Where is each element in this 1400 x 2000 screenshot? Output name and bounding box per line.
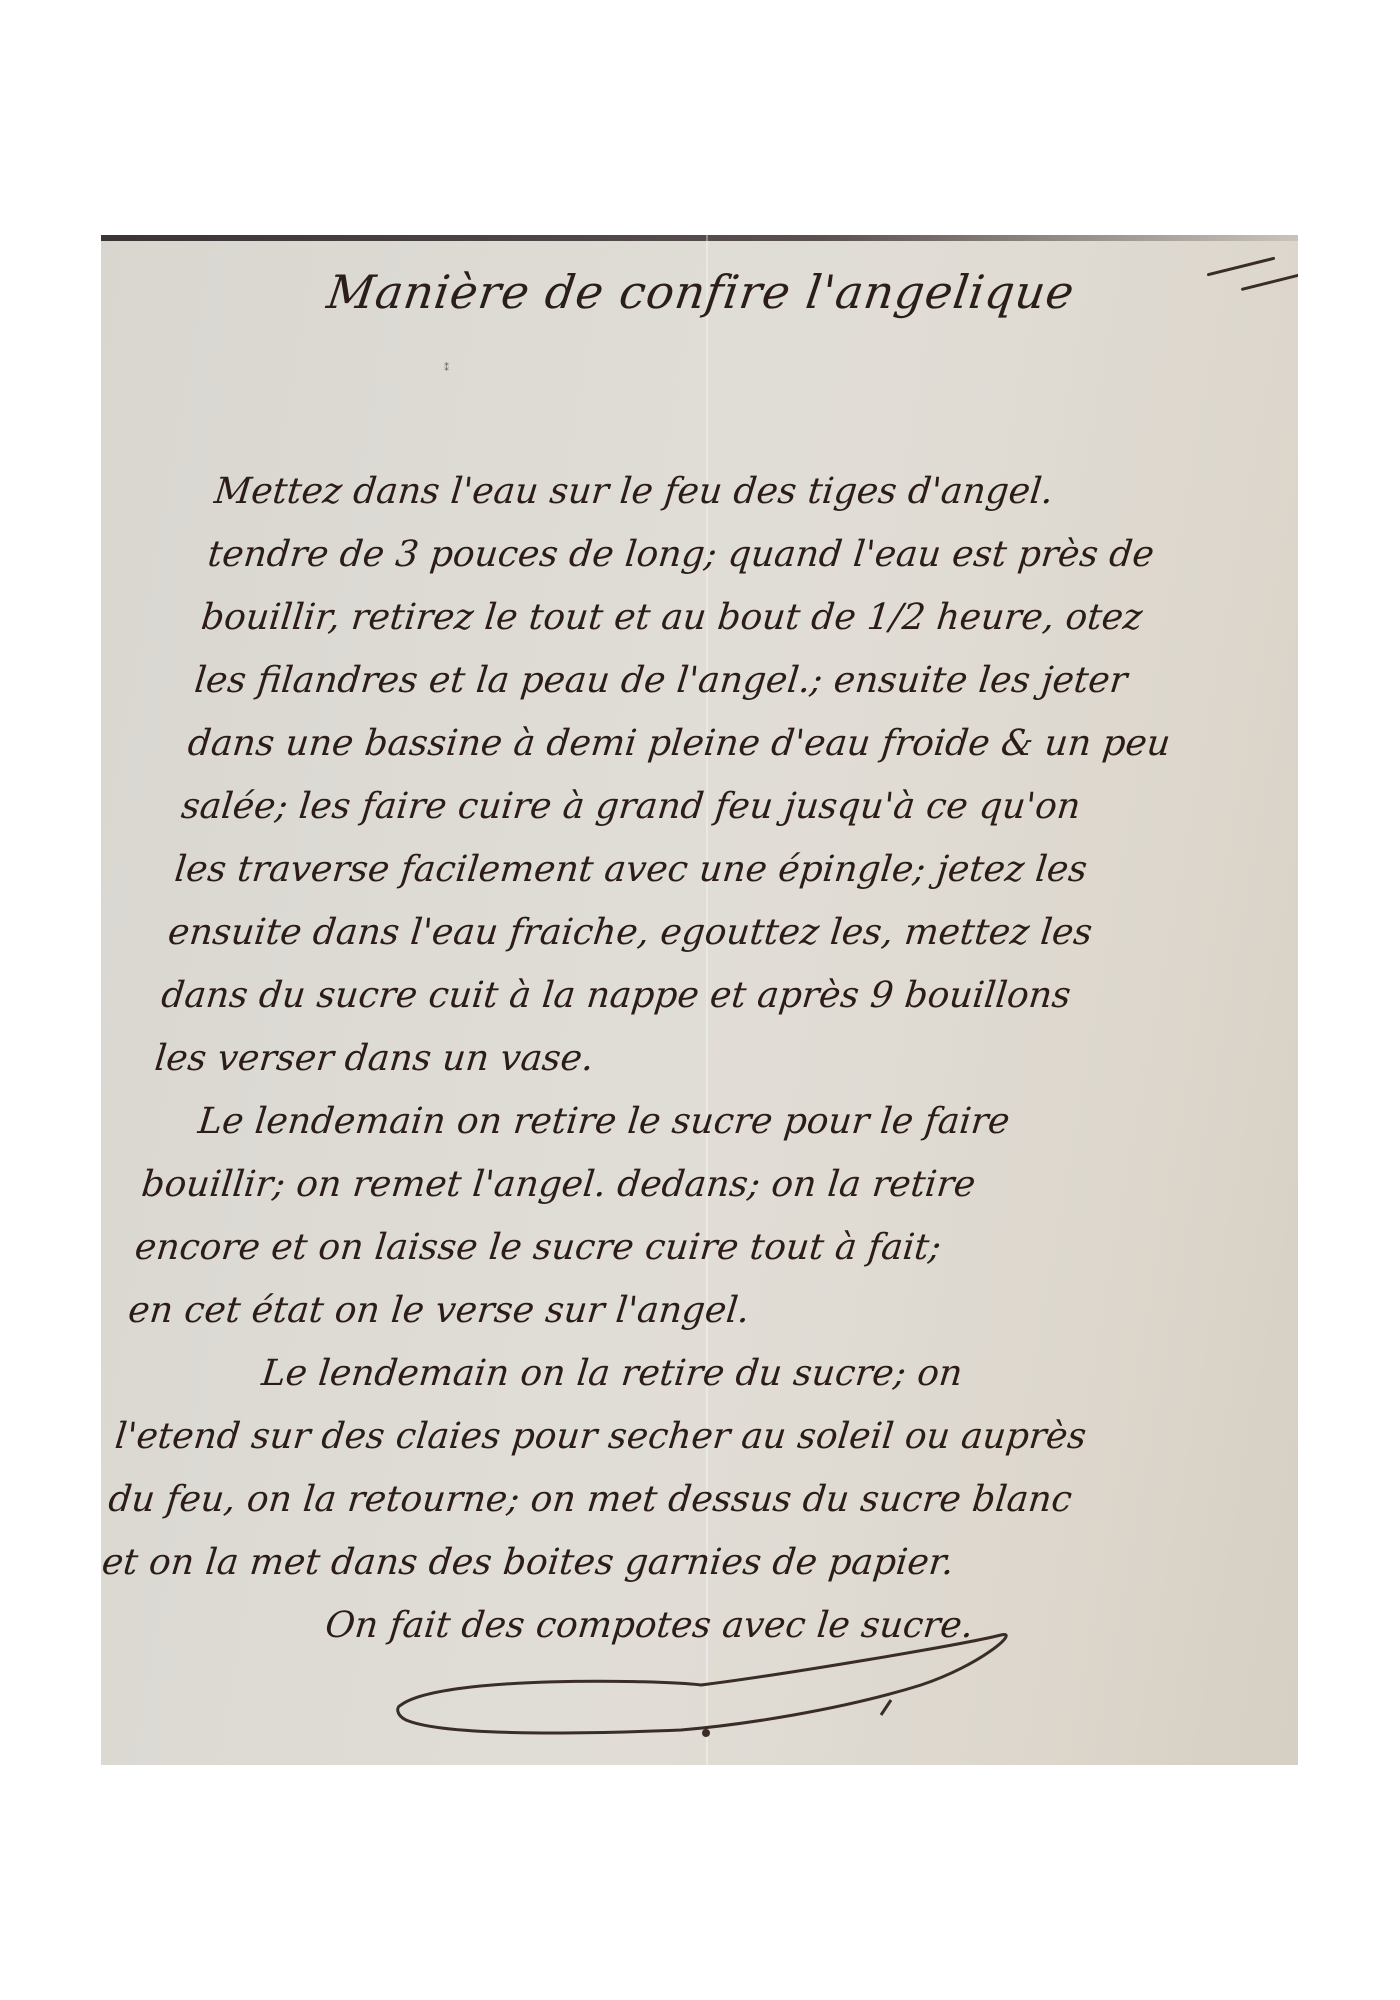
text-line: salée; les faire cuire à grand feu jusqu… — [178, 775, 1295, 838]
text-line: ensuite dans l'eau fraiche, egouttez les… — [165, 901, 1282, 964]
text-line: encore et on laisse le sucre cuire tout … — [132, 1216, 1249, 1279]
text-line: Mettez dans l'eau sur le feu des tiges d… — [211, 460, 1298, 523]
text-line: et on la met dans des boites garnies de … — [101, 1531, 1215, 1594]
manuscript-page: Manière de confire l'angelique ⁑ Mettez … — [101, 235, 1298, 1765]
ink-speck-icon: ⁑ — [444, 363, 450, 375]
text-line: dans une bassine à demi pleine d'eau fro… — [185, 712, 1298, 775]
text-line: les filandres et la peau de l'angel.; en… — [191, 649, 1298, 712]
text-line: Le lendemain on retire le sucre pour le … — [145, 1090, 1262, 1153]
text-line: les traverse facilement avec une épingle… — [172, 838, 1289, 901]
text-line: en cet état on le verse sur l'angel. — [125, 1279, 1242, 1342]
text-line: les verser dans un vase. — [152, 1027, 1269, 1090]
text-line: Le lendemain on la retire du sucre; on — [119, 1342, 1236, 1405]
manuscript-body: Mettez dans l'eau sur le feu des tiges d… — [101, 460, 1298, 1657]
closing-flourish-icon — [361, 1625, 1061, 1765]
double-dash-mark-icon — [1198, 253, 1298, 293]
text-line: l'etend sur des claies pour secher au so… — [112, 1405, 1229, 1468]
text-line: bouillir, retirez le tout et au bout de … — [198, 586, 1298, 649]
text-line: du feu, on la retourne; on met dessus du… — [105, 1468, 1222, 1531]
text-line: tendre de 3 pouces de long; quand l'eau … — [205, 523, 1298, 586]
text-line: dans du sucre cuit à la nappe et après 9… — [158, 964, 1275, 1027]
document-title: Manière de confire l'angelique — [257, 265, 1145, 319]
text-line: bouillir; on remet l'angel. dedans; on l… — [138, 1153, 1255, 1216]
